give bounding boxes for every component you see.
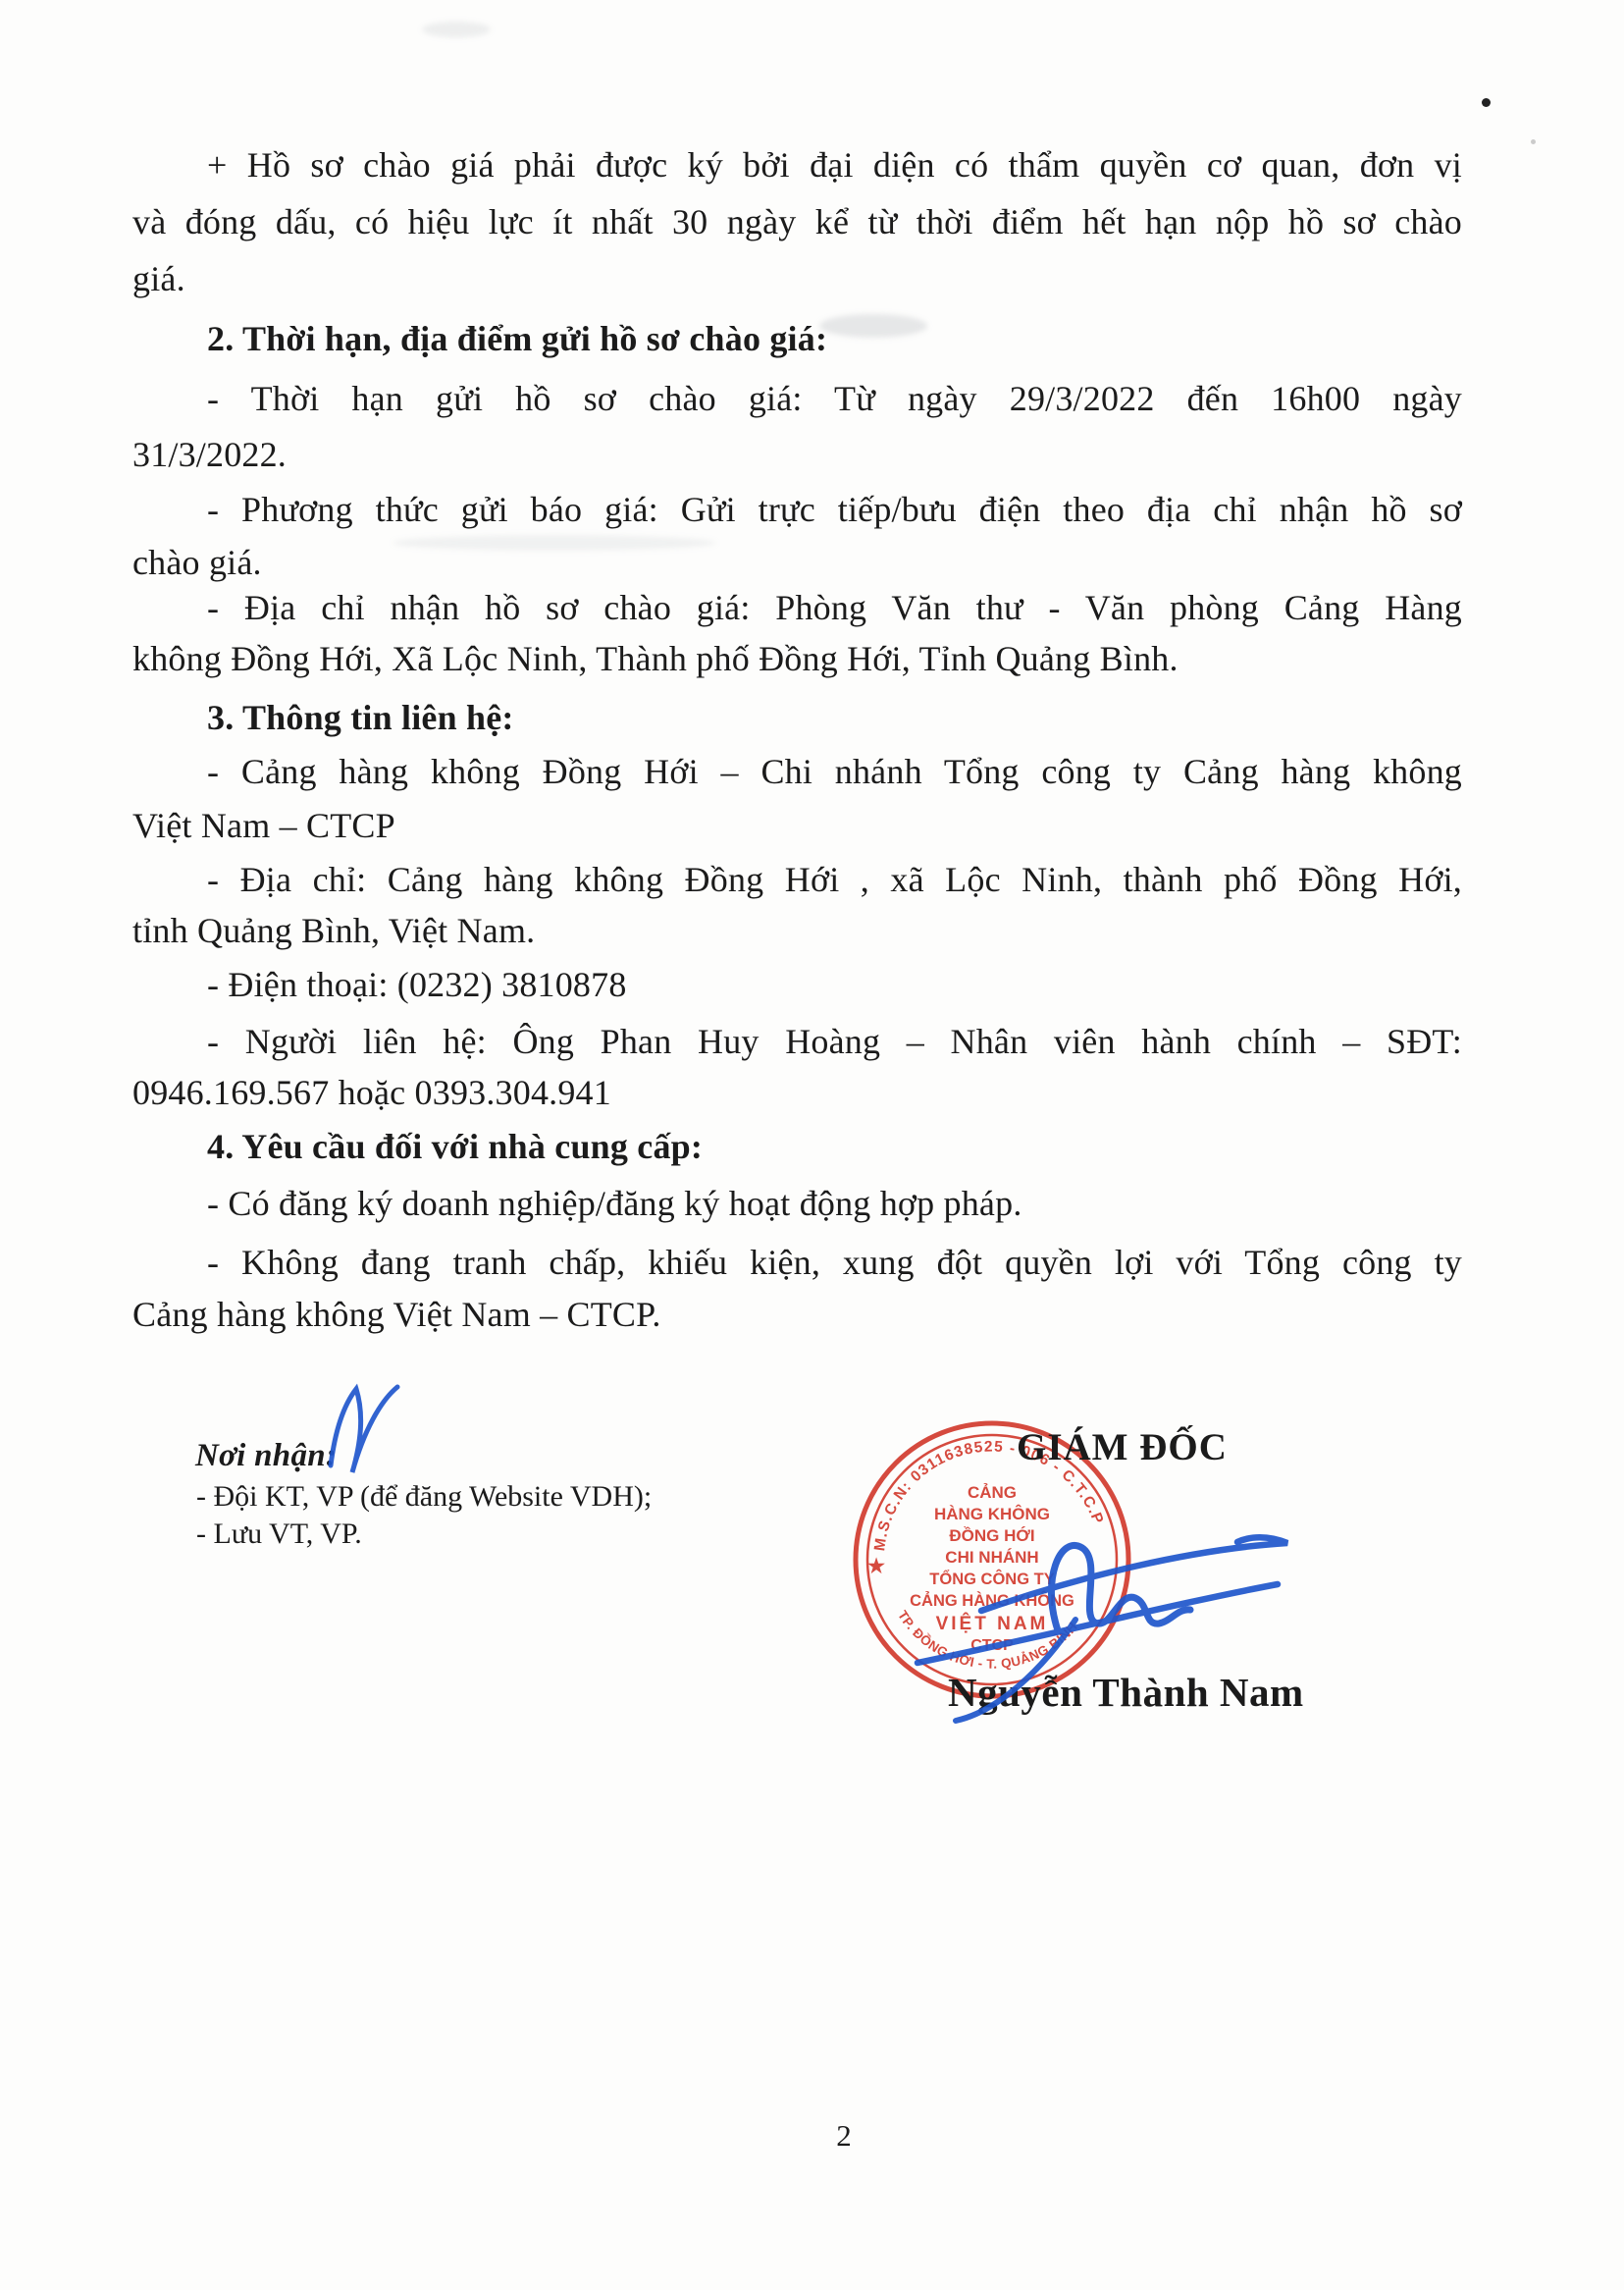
approval-tick-mark — [331, 1387, 397, 1472]
ink-annotations — [0, 0, 1624, 2290]
signature-stroke — [917, 1584, 1278, 1663]
scanned-document-page: + Hồ sơ chào giá phải được ký bởi đại di… — [0, 0, 1624, 2290]
